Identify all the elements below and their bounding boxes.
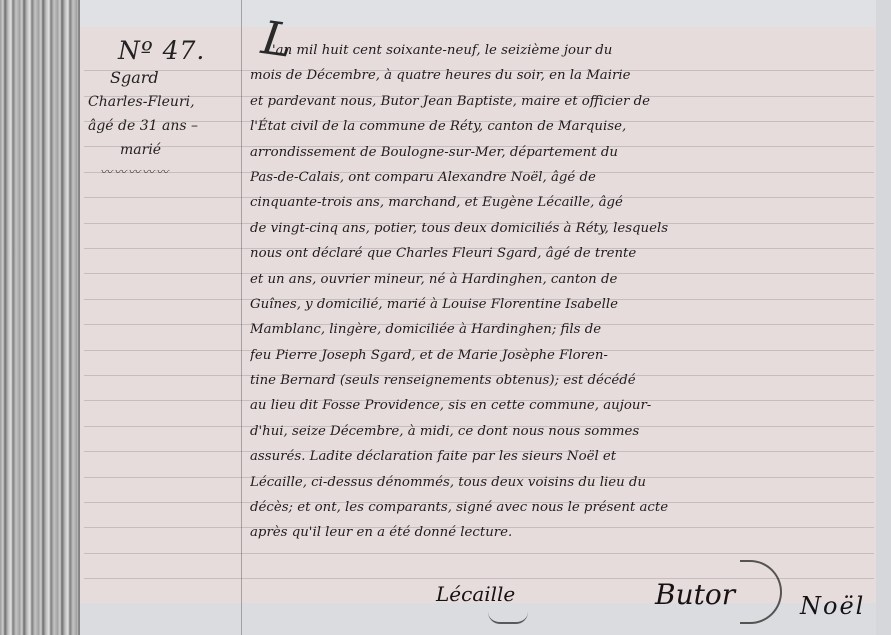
signature-noel: Noël bbox=[800, 592, 865, 620]
text-line: cinquante-trois ans, marchand, et Eugène… bbox=[250, 190, 875, 215]
text-line: et pardevant nous, Butor Jean Baptiste, … bbox=[250, 89, 875, 114]
text-line: d'hui, seize Décembre, à midi, ce dont n… bbox=[250, 419, 875, 444]
text-line: Guînes, y domicilié, marié à Louise Flor… bbox=[250, 292, 875, 317]
text-line: de vingt-cinq ans, potier, tous deux dom… bbox=[250, 216, 875, 241]
signature-lecaille: Lécaille bbox=[436, 582, 515, 606]
text-line: arrondissement de Boulogne-sur-Mer, dépa… bbox=[250, 140, 875, 165]
ruled-line bbox=[84, 553, 874, 554]
marital-status: marié bbox=[120, 138, 238, 162]
page-right-edge bbox=[876, 0, 891, 635]
text-line: au lieu dit Fosse Providence, sis en cet… bbox=[250, 393, 875, 418]
record-body-text: 'an mil huit cent soixante-neuf, le seiz… bbox=[250, 38, 875, 546]
deceased-given-names: Charles-Fleuri, bbox=[88, 90, 238, 114]
signature-butor: Butor bbox=[655, 578, 735, 611]
text-line: après qu'il leur en a été donné lecture. bbox=[250, 520, 875, 545]
signature-flourish bbox=[488, 612, 528, 624]
text-line: et un ans, ouvrier mineur, né à Hardingh… bbox=[250, 267, 875, 292]
text-line: assurés. Ladite déclaration faite par le… bbox=[250, 444, 875, 469]
margin-separator: 〰〰〰〰〰 bbox=[100, 164, 238, 180]
margin-annotation: Nº 47. Sgard Charles-Fleuri, âgé de 31 a… bbox=[88, 36, 238, 180]
text-line: Mamblanc, lingère, domiciliée à Hardingh… bbox=[250, 317, 875, 342]
book-binding bbox=[0, 0, 80, 635]
text-line: Lécaille, ci-dessus dénommés, tous deux … bbox=[250, 470, 875, 495]
text-line: tine Bernard (seuls renseignements obten… bbox=[250, 368, 875, 393]
text-line: nous ont déclaré que Charles Fleuri Sgar… bbox=[250, 241, 875, 266]
text-line: feu Pierre Joseph Sgard, et de Marie Jos… bbox=[250, 343, 875, 368]
page-top-edge bbox=[80, 0, 891, 27]
deceased-surname: Sgard bbox=[110, 66, 238, 90]
margin-column-divider bbox=[241, 0, 242, 635]
record-number: Nº 47. bbox=[118, 36, 238, 66]
text-line: mois de Décembre, à quatre heures du soi… bbox=[250, 63, 875, 88]
text-line: 'an mil huit cent soixante-neuf, le seiz… bbox=[250, 38, 875, 63]
deceased-age: âgé de 31 ans – bbox=[88, 114, 238, 138]
text-line: Pas-de-Calais, ont comparu Alexandre Noë… bbox=[250, 165, 875, 190]
text-line: l'État civil de la commune de Réty, cant… bbox=[250, 114, 875, 139]
text-line: décès; et ont, les comparants, signé ave… bbox=[250, 495, 875, 520]
